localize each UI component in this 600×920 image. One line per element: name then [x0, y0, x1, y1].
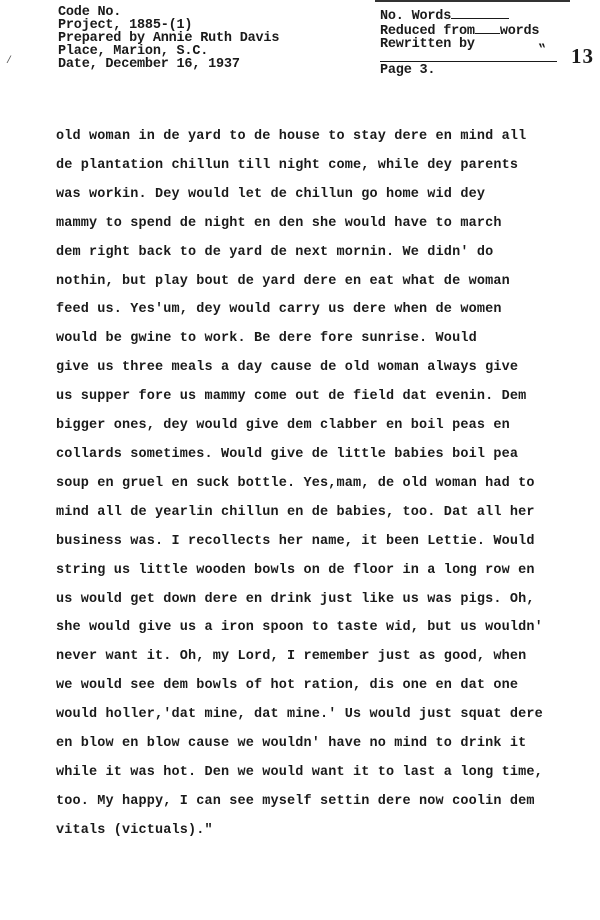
text-line: we would see dem bowls of hot ration, di… — [56, 672, 576, 701]
text-line: feed us. Yes'um, dey would carry us dere… — [56, 296, 576, 325]
text-line: mind all de yearlin chillun en de babies… — [56, 499, 576, 528]
text-line: string us little wooden bowls on de floo… — [56, 557, 576, 586]
text-line: bigger ones, dey would give dem clabber … — [56, 412, 576, 441]
page-top-edge — [375, 0, 570, 2]
page-label: Page 3. — [380, 64, 557, 77]
text-line: give us three meals a day cause de old w… — [56, 354, 576, 383]
rewritten-by-label: Rewritten by — [380, 37, 475, 52]
rewritten-by-field: Rewritten by — [380, 38, 557, 51]
reduced-from-blank — [475, 23, 500, 34]
page-number: 13 — [571, 44, 594, 69]
date-field: Date, December 16, 1937 — [58, 58, 279, 71]
no-words-label: No. Words — [380, 9, 451, 24]
text-line: was workin. Dey would let de chillun go … — [56, 181, 576, 210]
stray-mark: / — [6, 56, 12, 67]
text-line: us supper fore us mammy come out de fiel… — [56, 383, 576, 412]
words-label: words — [500, 24, 540, 39]
text-line: never want it. Oh, my Lord, I remember j… — [56, 643, 576, 672]
document-header-right: No. Words Reduced fromwords Rewritten by… — [380, 8, 557, 77]
document-header-left: Code No. Project, 1885-(1) Prepared by A… — [58, 6, 279, 71]
text-line: dem right back to de yard de next mornin… — [56, 239, 576, 268]
text-line: she would give us a iron spoon to taste … — [56, 614, 576, 643]
text-line: business was. I recollects her name, it … — [56, 528, 576, 557]
no-words-blank — [451, 8, 509, 19]
text-line: collards sometimes. Would give de little… — [56, 441, 576, 470]
text-line: de plantation chillun till night come, w… — [56, 152, 576, 181]
text-line: would holler,'dat mine, dat mine.' Us wo… — [56, 701, 576, 730]
text-line: us would get down dere en drink just lik… — [56, 586, 576, 615]
text-line: would be gwine to work. Be dere fore sun… — [56, 325, 576, 354]
text-line: while it was hot. Den we would want it t… — [56, 759, 576, 788]
text-line: old woman in de yard to de house to stay… — [56, 123, 576, 152]
no-words-field: No. Words — [380, 8, 557, 23]
header-rule — [380, 61, 557, 62]
text-line: mammy to spend de night en den she would… — [56, 210, 576, 239]
text-line: too. My happy, I can see myself settin d… — [56, 788, 576, 817]
reduced-from-field: Reduced fromwords — [380, 23, 557, 38]
text-line: soup en gruel en suck bottle. Yes,mam, d… — [56, 470, 576, 499]
text-line: nothin, but play bout de yard dere en ea… — [56, 268, 576, 297]
narrative-body: old woman in de yard to de house to stay… — [56, 123, 576, 846]
text-line: vitals (victuals)." — [56, 817, 576, 846]
text-line: en blow en blow cause we wouldn' have no… — [56, 730, 576, 759]
handwritten-mark: ‟ — [538, 42, 546, 57]
